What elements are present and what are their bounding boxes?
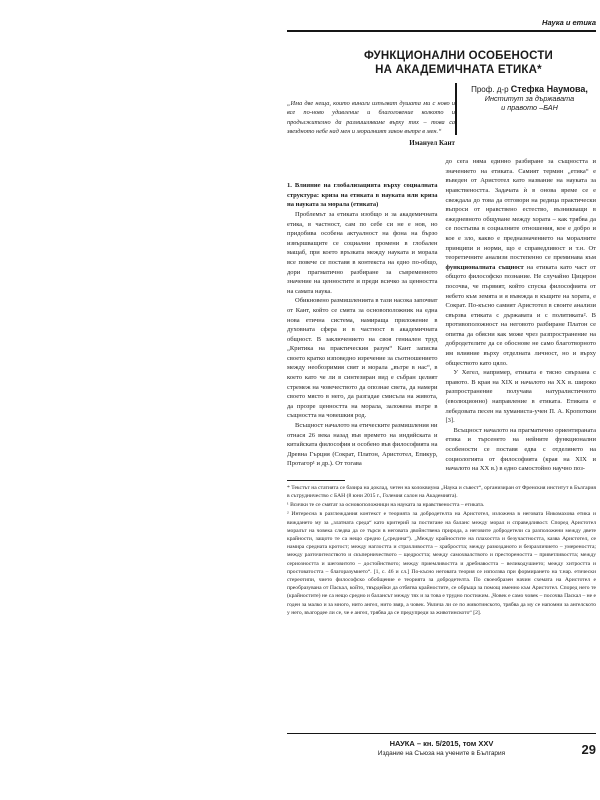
- epigraph-attribution: Имануел Кант: [287, 139, 455, 147]
- epigraph-text: „Има две неща, които винаги изпълват душ…: [287, 99, 455, 136]
- left-paragraph-2: Обикновено размишленията в тази насока з…: [287, 296, 438, 421]
- section-heading: 1. Влияние на глобализацията върху социа…: [287, 181, 438, 210]
- left-paragraph-3: Всъщност началото на етическите размишле…: [287, 421, 438, 469]
- article-title-line-1: ФУНКЦИОНАЛНИ ОСОБЕНОСТИ: [321, 49, 596, 63]
- footnote-star: * Текстът на статията се базира на докла…: [287, 484, 596, 500]
- byline-row: „Има две неща, които винаги изпълват душ…: [287, 83, 596, 147]
- footer-journal-line: НАУКА – кн. 5/2015, том XXV: [287, 739, 596, 748]
- body-columns: 1. Влияние на глобализацията върху социа…: [287, 157, 596, 474]
- footer-center: НАУКА – кн. 5/2015, том XXV Издание на С…: [287, 739, 596, 757]
- left-paragraph-1: Проблемът за етиката изобщо и за академи…: [287, 210, 438, 296]
- epigraph: „Има две неща, които винаги изпълват душ…: [287, 99, 455, 147]
- right-paragraph-1-pre: до сега няма единно разбиране за същност…: [446, 158, 597, 261]
- footer-publisher-line: Издание на Съюза на учените в България: [287, 750, 596, 757]
- right-column: до сега няма единно разбиране за същност…: [446, 157, 597, 474]
- article-title: ФУНКЦИОНАЛНИ ОСОБЕНОСТИ НА АКАДЕМИЧНАТА …: [287, 49, 596, 77]
- left-column: 1. Влияние на глобализацията върху социа…: [287, 157, 438, 474]
- scanned-article-page: Наука и етика ФУНКЦИОНАЛНИ ОСОБЕНОСТИ НА…: [287, 18, 596, 618]
- right-paragraph-3: Всъщност началото на прагматично ориенти…: [446, 426, 597, 474]
- right-paragraph-1-post: на етиката като част от общото философск…: [446, 264, 597, 367]
- author-name: Стефка Наумова,: [511, 84, 588, 94]
- footnote-1: ¹ Всички те се смятат за основоположници…: [287, 501, 596, 509]
- right-paragraph-1: до сега няма единно разбиране за същност…: [446, 157, 597, 368]
- article-title-line-2: НА АКАДЕМИЧНАТА ЕТИКА*: [321, 63, 596, 77]
- author-prefix: Проф. д-р: [471, 85, 511, 94]
- footnotes-separator: [287, 480, 345, 481]
- author-affiliation-1: Институт за държавата: [463, 94, 596, 103]
- author-name-line: Проф. д-р Стефка Наумова,: [463, 84, 596, 94]
- page-footer: НАУКА – кн. 5/2015, том XXV Издание на С…: [287, 733, 596, 757]
- page-number: 29: [582, 742, 596, 757]
- right-paragraph-1-emphasis: функционалната същност: [446, 264, 524, 271]
- running-head: Наука и етика: [287, 18, 596, 32]
- footnote-2: ² Интересна в разглеждания контекст е те…: [287, 510, 596, 617]
- footnotes: * Текстът на статията се базира на докла…: [287, 484, 596, 617]
- author-affiliation-2: и правото –БАН: [463, 103, 596, 112]
- right-paragraph-2: У Хегел, например, етиката е тясно свърз…: [446, 368, 597, 426]
- author-block: Проф. д-р Стефка Наумова, Институт за дъ…: [455, 83, 596, 135]
